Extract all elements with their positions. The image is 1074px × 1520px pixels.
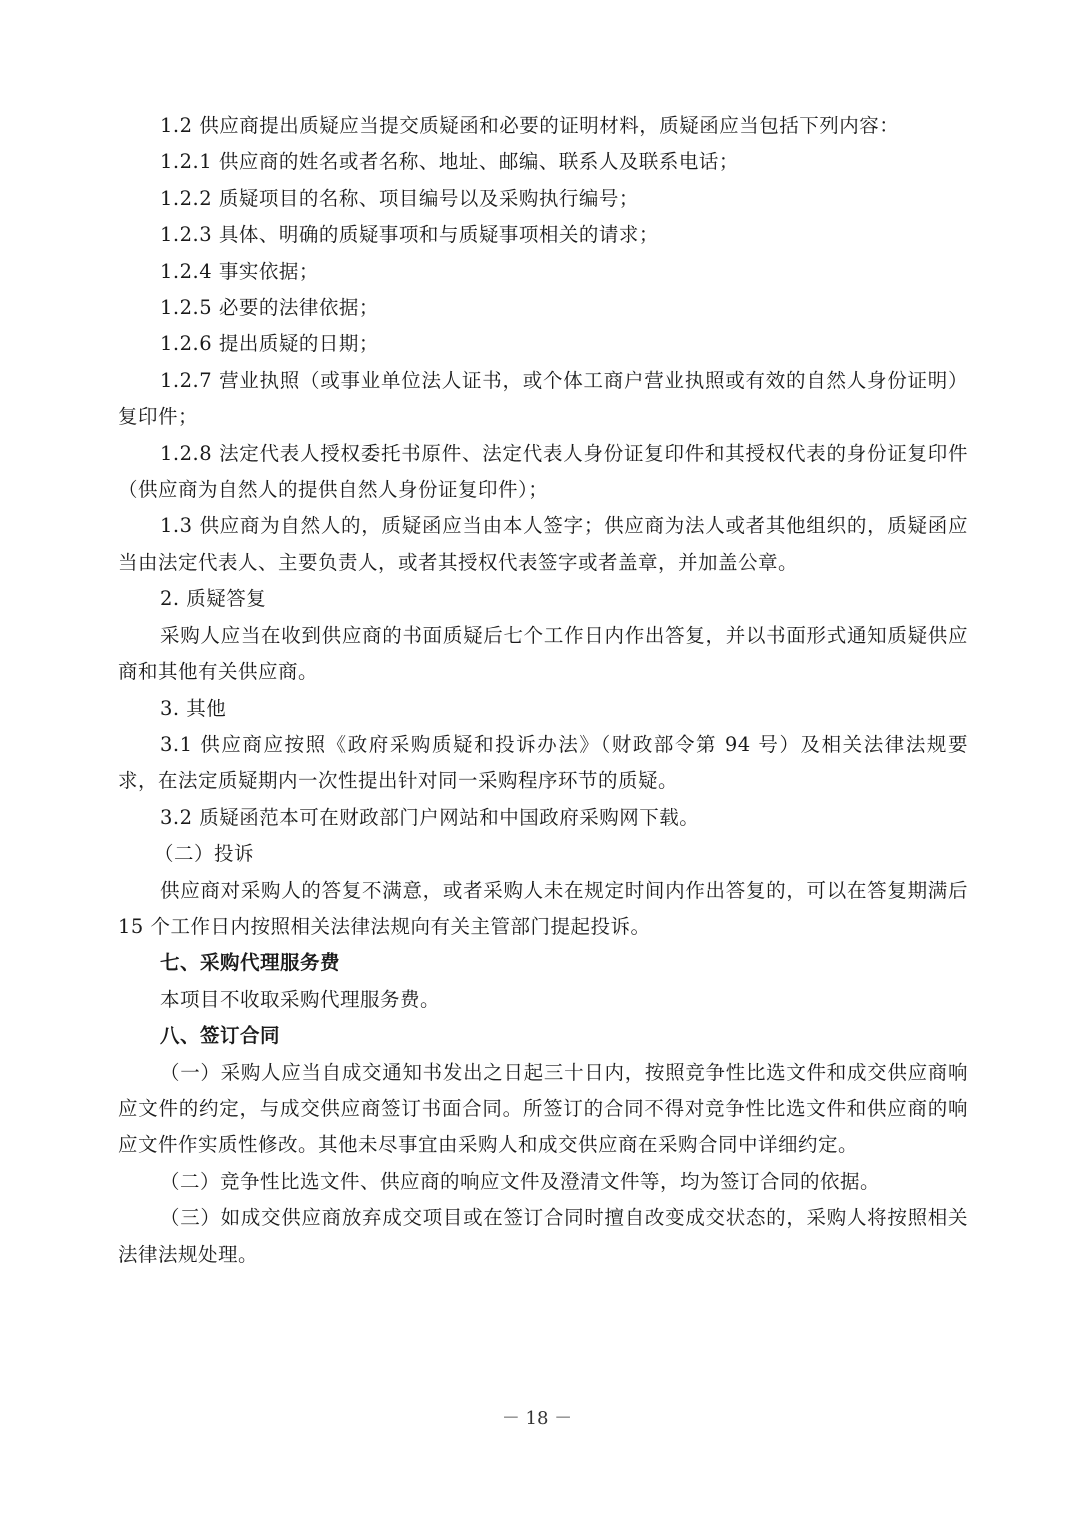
paragraph-1-2-2: 1.2.2 质疑项目的名称、项目编号以及采购执行编号；	[118, 181, 968, 217]
paragraph-complaint-body: 供应商对采购人的答复不满意，或者采购人未在规定时间内作出答复的，可以在答复期满后…	[118, 873, 968, 946]
paragraph-1-2-3: 1.2.3 具体、明确的质疑事项和与质疑事项相关的请求；	[118, 217, 968, 253]
paragraph-3-2: 3.2 质疑函范本可在财政部门户网站和中国政府采购网下载。	[118, 800, 968, 836]
paragraph-contract-1: （一）采购人应当自成交通知书发出之日起三十日内，按照竞争性比选文件和成交供应商响…	[118, 1055, 968, 1164]
paragraph-contract-2: （二）竞争性比选文件、供应商的响应文件及澄清文件等，均为签订合同的依据。	[118, 1164, 968, 1200]
paragraph-1-2-6: 1.2.6 提出质疑的日期；	[118, 326, 968, 362]
document-body: 1.2 供应商提出质疑应当提交质疑函和必要的证明材料，质疑函应当包括下列内容： …	[118, 108, 968, 1273]
paragraph-1-2-1: 1.2.1 供应商的姓名或者名称、地址、邮编、联系人及联系电话；	[118, 144, 968, 180]
section-3-title: 3. 其他	[118, 691, 968, 727]
section-2-title: 2. 质疑答复	[118, 581, 968, 617]
paragraph-1-2: 1.2 供应商提出质疑应当提交质疑函和必要的证明材料，质疑函应当包括下列内容：	[118, 108, 968, 144]
paragraph-1-2-8: 1.2.8 法定代表人授权委托书原件、法定代表人身份证复印件和其授权代表的身份证…	[118, 436, 968, 509]
subheading-complaint: （二）投诉	[118, 836, 968, 872]
heading-agency-fee: 七、采购代理服务费	[118, 945, 968, 981]
paragraph-agency-fee: 本项目不收取采购代理服务费。	[118, 982, 968, 1018]
paragraph-1-2-7: 1.2.7 营业执照（或事业单位法人证书，或个体工商户营业执照或有效的自然人身份…	[118, 363, 968, 436]
paragraph-1-2-5: 1.2.5 必要的法律依据；	[118, 290, 968, 326]
page-number: － 18 －	[0, 1404, 1074, 1430]
paragraph-1-3: 1.3 供应商为自然人的，质疑函应当由本人签字；供应商为法人或者其他组织的，质疑…	[118, 508, 968, 581]
paragraph-3-1: 3.1 供应商应按照《政府采购质疑和投诉办法》（财政部令第 94 号）及相关法律…	[118, 727, 968, 800]
paragraph-contract-3: （三）如成交供应商放弃成交项目或在签订合同时擅自改变成交状态的，采购人将按照相关…	[118, 1200, 968, 1273]
paragraph-2-body: 采购人应当在收到供应商的书面质疑后七个工作日内作出答复，并以书面形式通知质疑供应…	[118, 618, 968, 691]
paragraph-1-2-4: 1.2.4 事实依据；	[118, 254, 968, 290]
heading-sign-contract: 八、签订合同	[118, 1018, 968, 1054]
